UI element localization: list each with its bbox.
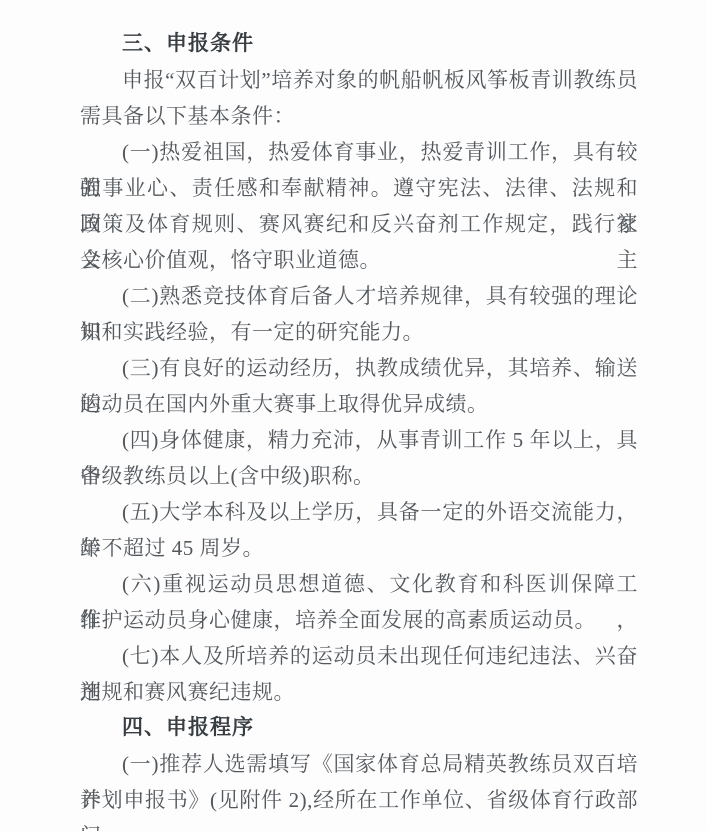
document-line: 的事业心、责任感和奉献精神。遵守宪法、法律、法规和国家 [80, 170, 638, 206]
document-text-block: 三、申报条件 申报“双百计划”培养对象的帆船帆板风筝板青训教练员 需具备以下基本… [80, 26, 638, 818]
document-line: (一)推荐人选需填写《国家体育总局精英教练员双百培养 [80, 746, 638, 782]
document-line: 申报“双百计划”培养对象的帆船帆板风筝板青训教练员 [80, 62, 638, 98]
document-line: (三)有良好的运动经历，执教成绩优异，其培养、输送的 [80, 350, 638, 386]
document-line: 计划申报书》(见附件 2),经所在工作单位、省级体育行政部门 [80, 782, 638, 818]
document-line: 需具备以下基本条件： [80, 98, 638, 134]
section-heading-application-procedure: 四、申报程序 [80, 710, 638, 746]
document-line: (四)身体健康，精力充沛，从事青训工作 5 年以上，具备 [80, 422, 638, 458]
document-line: (七)本人及所培养的运动员未出现任何违纪违法、兴奋剂 [80, 638, 638, 674]
document-line: 龄不超过 45 周岁。 [80, 530, 638, 566]
document-line: 维护运动员身心健康，培养全面发展的高素质运动员。 [80, 602, 638, 638]
document-line: (六)重视运动员思想道德、文化教育和科医训保障工作， [80, 566, 638, 602]
document-line: (五)大学本科及以上学历，具备一定的外语交流能力，年 [80, 494, 638, 530]
document-page-background: { "page": { "background_color": "#fdfdfd… [0, 0, 707, 831]
document-line: 政策及体育规则、赛风赛纪和反兴奋剂工作规定，践行社会主 [80, 206, 638, 242]
document-line: 中级教练员以上(含中级)职称。 [80, 458, 638, 494]
document-line: (二)熟悉竞技体育后备人才培养规律，具有较强的理论知 [80, 278, 638, 314]
document-line: 运动员在国内外重大赛事上取得优异成绩。 [80, 386, 638, 422]
document-line: 识和实践经验，有一定的研究能力。 [80, 314, 638, 350]
document-line: (一)热爱祖国，热爱体育事业，热爱青训工作，具有较强 [80, 134, 638, 170]
section-heading-application-conditions: 三、申报条件 [80, 26, 638, 62]
document-line: 违规和赛风赛纪违规。 [80, 674, 638, 710]
